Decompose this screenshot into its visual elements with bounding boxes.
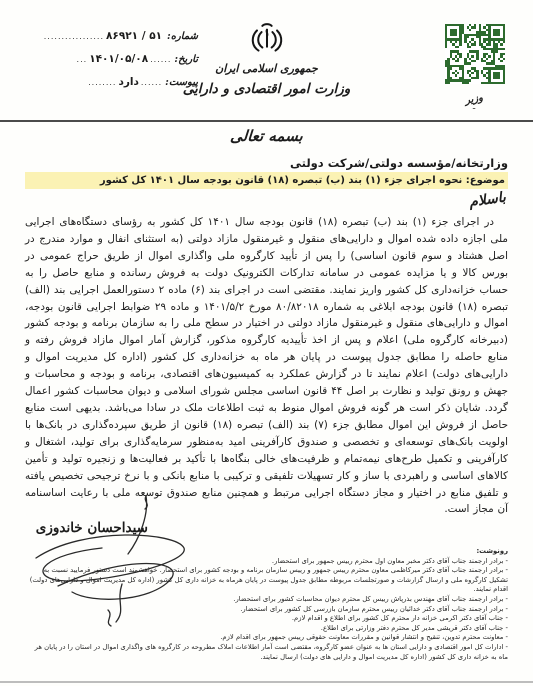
subject-line-highlighted: موضوع: نحوه اجرای جزء (۱) بند (ب) تبصره …: [25, 172, 508, 189]
cc-item: - جناب آقای دکتر اکرمی خزانه دار محترم ک…: [25, 614, 508, 624]
cc-section: رونوشت: - برادر ارجمند جناب آقای دکتر مخ…: [25, 547, 508, 662]
cc-item: - ادارات کل امور اقتصادی و دارایی استان …: [25, 643, 508, 662]
signer-name: سیداحسان خاندوزی: [36, 520, 148, 536]
letter-body: در اجرای جزء (۱) بند (ب) تبصره (۱۸) قانو…: [25, 214, 508, 518]
cc-item: - برادر ارجمند جناب آقای مهندس بذرپاش ری…: [25, 595, 508, 605]
cc-item: - جناب آقای دکتر قریشی مدیر کل محترم دفت…: [25, 624, 508, 634]
cc-label: رونوشت:: [25, 547, 508, 557]
bismillah-calligraphy: بسمه تعالی: [0, 127, 533, 145]
cc-item: - برادر ارجمند جناب آقای دکتر میرکاظمی م…: [25, 566, 508, 595]
qr-block: وزیر ـ: [443, 24, 505, 109]
addressee-line: وزارتخانه/مؤسسه دولتی/شرکت دولتی: [290, 156, 508, 170]
cc-list: - برادر ارجمند جناب آقای دکتر مخبر معاون…: [25, 557, 508, 663]
page-bottom-edge: [0, 681, 533, 683]
qr-code: [445, 24, 505, 84]
cc-item: - برادر ارجمند جناب آقای دکتر مخبر معاون…: [25, 557, 508, 567]
cc-item: - معاونت محترم تدوین، تنقیح و انتشار قوا…: [25, 633, 508, 643]
cc-item: - برادر ارجمند جناب آقای دکتر خدائیان ری…: [25, 605, 508, 615]
iran-emblem-icon: [250, 22, 284, 56]
salutation-calligraphy: باسلام: [468, 190, 507, 211]
scanned-letter-page: شماره: ۵۱ / ۸۶۹۲۱ ................. تاری…: [0, 0, 533, 686]
header-divider: [0, 120, 533, 122]
